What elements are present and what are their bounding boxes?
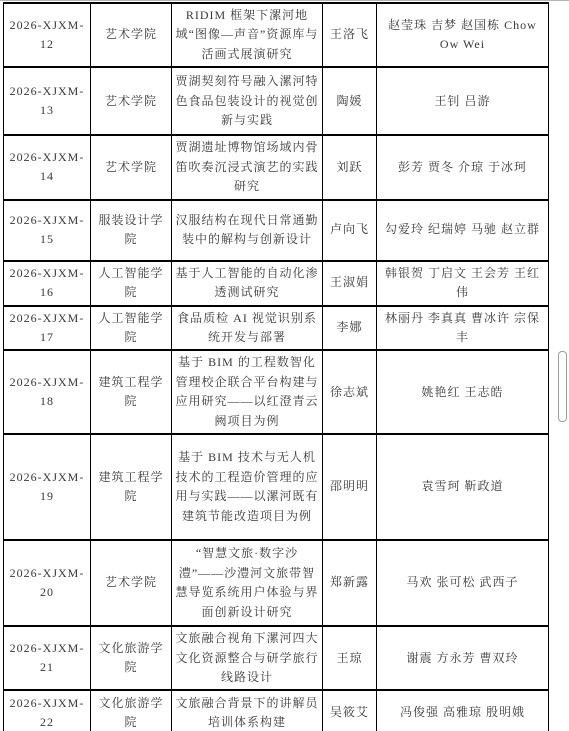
cell-college: 人工智能学院 xyxy=(91,261,172,306)
cell-id: 2026-XJXM-13 xyxy=(4,67,91,135)
table-row: 2026-XJXM-15服装设计学院汉服结构在现代日常通勤装中的解构与创新设计卢… xyxy=(4,200,549,261)
project-list-table: 2026-XJXM-12艺术学院RIDIM 框架下漯河地域“图像—声音”资源库与… xyxy=(3,2,549,731)
cell-title: 贾湖遗址博物馆场域内骨笛吹奏沉浸式演艺的实践研究 xyxy=(172,135,323,199)
page-top-divider xyxy=(0,0,569,1)
cell-college: 建筑工程学院 xyxy=(91,350,172,434)
table-row: 2026-XJXM-13艺术学院贾湖契刻符号融入漯河特色食品包装设计的视觉创新与… xyxy=(4,67,549,135)
cell-college: 人工智能学院 xyxy=(91,306,172,351)
cell-members: 韩银贺 丁启文 王会芳 王红伟 xyxy=(377,261,549,306)
cell-members: 王钊 吕游 xyxy=(377,67,549,135)
table-row: 2026-XJXM-16人工智能学院基于人工智能的自动化渗透测试研究王淑娟韩银贺… xyxy=(4,261,549,306)
cell-college: 文化旅游学院 xyxy=(91,690,172,731)
cell-college: 艺术学院 xyxy=(91,135,172,199)
cell-leader: 徐志斌 xyxy=(323,350,377,434)
cell-college: 艺术学院 xyxy=(91,3,172,67)
cell-id: 2026-XJXM-14 xyxy=(4,135,91,199)
cell-college: 艺术学院 xyxy=(91,540,172,626)
cell-title: 食品质检 AI 视觉识别系统开发与部署 xyxy=(172,306,323,351)
cell-leader: 郑新露 xyxy=(323,540,377,626)
cell-college: 服装设计学院 xyxy=(91,200,172,261)
cell-title: 基于 BIM 技术与无人机技术的工程造价管理的应用与实践——以漯河既有建筑节能改… xyxy=(172,434,323,540)
table-row: 2026-XJXM-17人工智能学院食品质检 AI 视觉识别系统开发与部署李娜林… xyxy=(4,306,549,351)
cell-id: 2026-XJXM-20 xyxy=(4,540,91,626)
table-row: 2026-XJXM-19建筑工程学院基于 BIM 技术与无人机技术的工程造价管理… xyxy=(4,434,549,540)
cell-title: “智慧文旅·数字沙澧”——沙澧河文旅带智慧导览系统用户体验与界面创新设计研究 xyxy=(172,540,323,626)
cell-id: 2026-XJXM-19 xyxy=(4,434,91,540)
cell-college: 文化旅游学院 xyxy=(91,626,172,690)
cell-leader: 李娜 xyxy=(323,306,377,351)
table-row: 2026-XJXM-21文化旅游学院文旅融合视角下漯河四大文化资源整合与研学旅行… xyxy=(4,626,549,690)
cell-id: 2026-XJXM-16 xyxy=(4,261,91,306)
cell-members: 冯俊强 高雅琼 殷明娥 xyxy=(377,690,549,731)
cell-leader: 王琼 xyxy=(323,626,377,690)
scrollbar-thumb[interactable] xyxy=(558,351,567,422)
table-row: 2026-XJXM-14艺术学院贾湖遗址博物馆场域内骨笛吹奏沉浸式演艺的实践研究… xyxy=(4,135,549,199)
cell-title: 汉服结构在现代日常通勤装中的解构与创新设计 xyxy=(172,200,323,261)
cell-leader: 吴筱艾 xyxy=(323,690,377,731)
cell-leader: 王洛飞 xyxy=(323,3,377,67)
cell-leader: 刘跃 xyxy=(323,135,377,199)
table-row: 2026-XJXM-22文化旅游学院文旅融合背景下的讲解员培训体系构建吴筱艾冯俊… xyxy=(4,690,549,731)
cell-title: RIDIM 框架下漯河地域“图像—声音”资源库与活画式展演研究 xyxy=(172,3,323,67)
cell-id: 2026-XJXM-17 xyxy=(4,306,91,351)
project-table-body: 2026-XJXM-12艺术学院RIDIM 框架下漯河地域“图像—声音”资源库与… xyxy=(4,3,549,731)
table-row: 2026-XJXM-20艺术学院“智慧文旅·数字沙澧”——沙澧河文旅带智慧导览系… xyxy=(4,540,549,626)
cell-college: 建筑工程学院 xyxy=(91,434,172,540)
cell-members: 姚艳红 王志皓 xyxy=(377,350,549,434)
cell-title: 基于 BIM 的工程数智化管理校企联合平台构建与应用研究——以红澄青云阙项目为例 xyxy=(172,350,323,434)
cell-college: 艺术学院 xyxy=(91,67,172,135)
cell-leader: 邵明明 xyxy=(323,434,377,540)
cell-members: 彭芳 贾冬 介琼 于冰珂 xyxy=(377,135,549,199)
cell-members: 林丽丹 李真真 曹冰许 宗保丰 xyxy=(377,306,549,351)
table-row: 2026-XJXM-18建筑工程学院基于 BIM 的工程数智化管理校企联合平台构… xyxy=(4,350,549,434)
cell-leader: 王淑娟 xyxy=(323,261,377,306)
cell-title: 贾湖契刻符号融入漯河特色食品包装设计的视觉创新与实践 xyxy=(172,67,323,135)
cell-title: 基于人工智能的自动化渗透测试研究 xyxy=(172,261,323,306)
cell-members: 袁雪珂 靳政道 xyxy=(377,434,549,540)
cell-id: 2026-XJXM-21 xyxy=(4,626,91,690)
cell-id: 2026-XJXM-18 xyxy=(4,350,91,434)
cell-members: 勾爱玲 纪瑞婷 马驰 赵立群 xyxy=(377,200,549,261)
cell-leader: 陶媛 xyxy=(323,67,377,135)
cell-title: 文旅融合背景下的讲解员培训体系构建 xyxy=(172,690,323,731)
cell-members: 谢震 方永芳 曹双玲 xyxy=(377,626,549,690)
cell-members: 马欢 张可松 武西子 xyxy=(377,540,549,626)
cell-title: 文旅融合视角下漯河四大文化资源整合与研学旅行线路设计 xyxy=(172,626,323,690)
cell-leader: 卢向飞 xyxy=(323,200,377,261)
cell-id: 2026-XJXM-22 xyxy=(4,690,91,731)
cell-id: 2026-XJXM-15 xyxy=(4,200,91,261)
table-row: 2026-XJXM-12艺术学院RIDIM 框架下漯河地域“图像—声音”资源库与… xyxy=(4,3,549,67)
cell-members: 赵莹珠 吉梦 赵国栋 Chow Ow Wei xyxy=(377,3,549,67)
cell-id: 2026-XJXM-12 xyxy=(4,3,91,67)
